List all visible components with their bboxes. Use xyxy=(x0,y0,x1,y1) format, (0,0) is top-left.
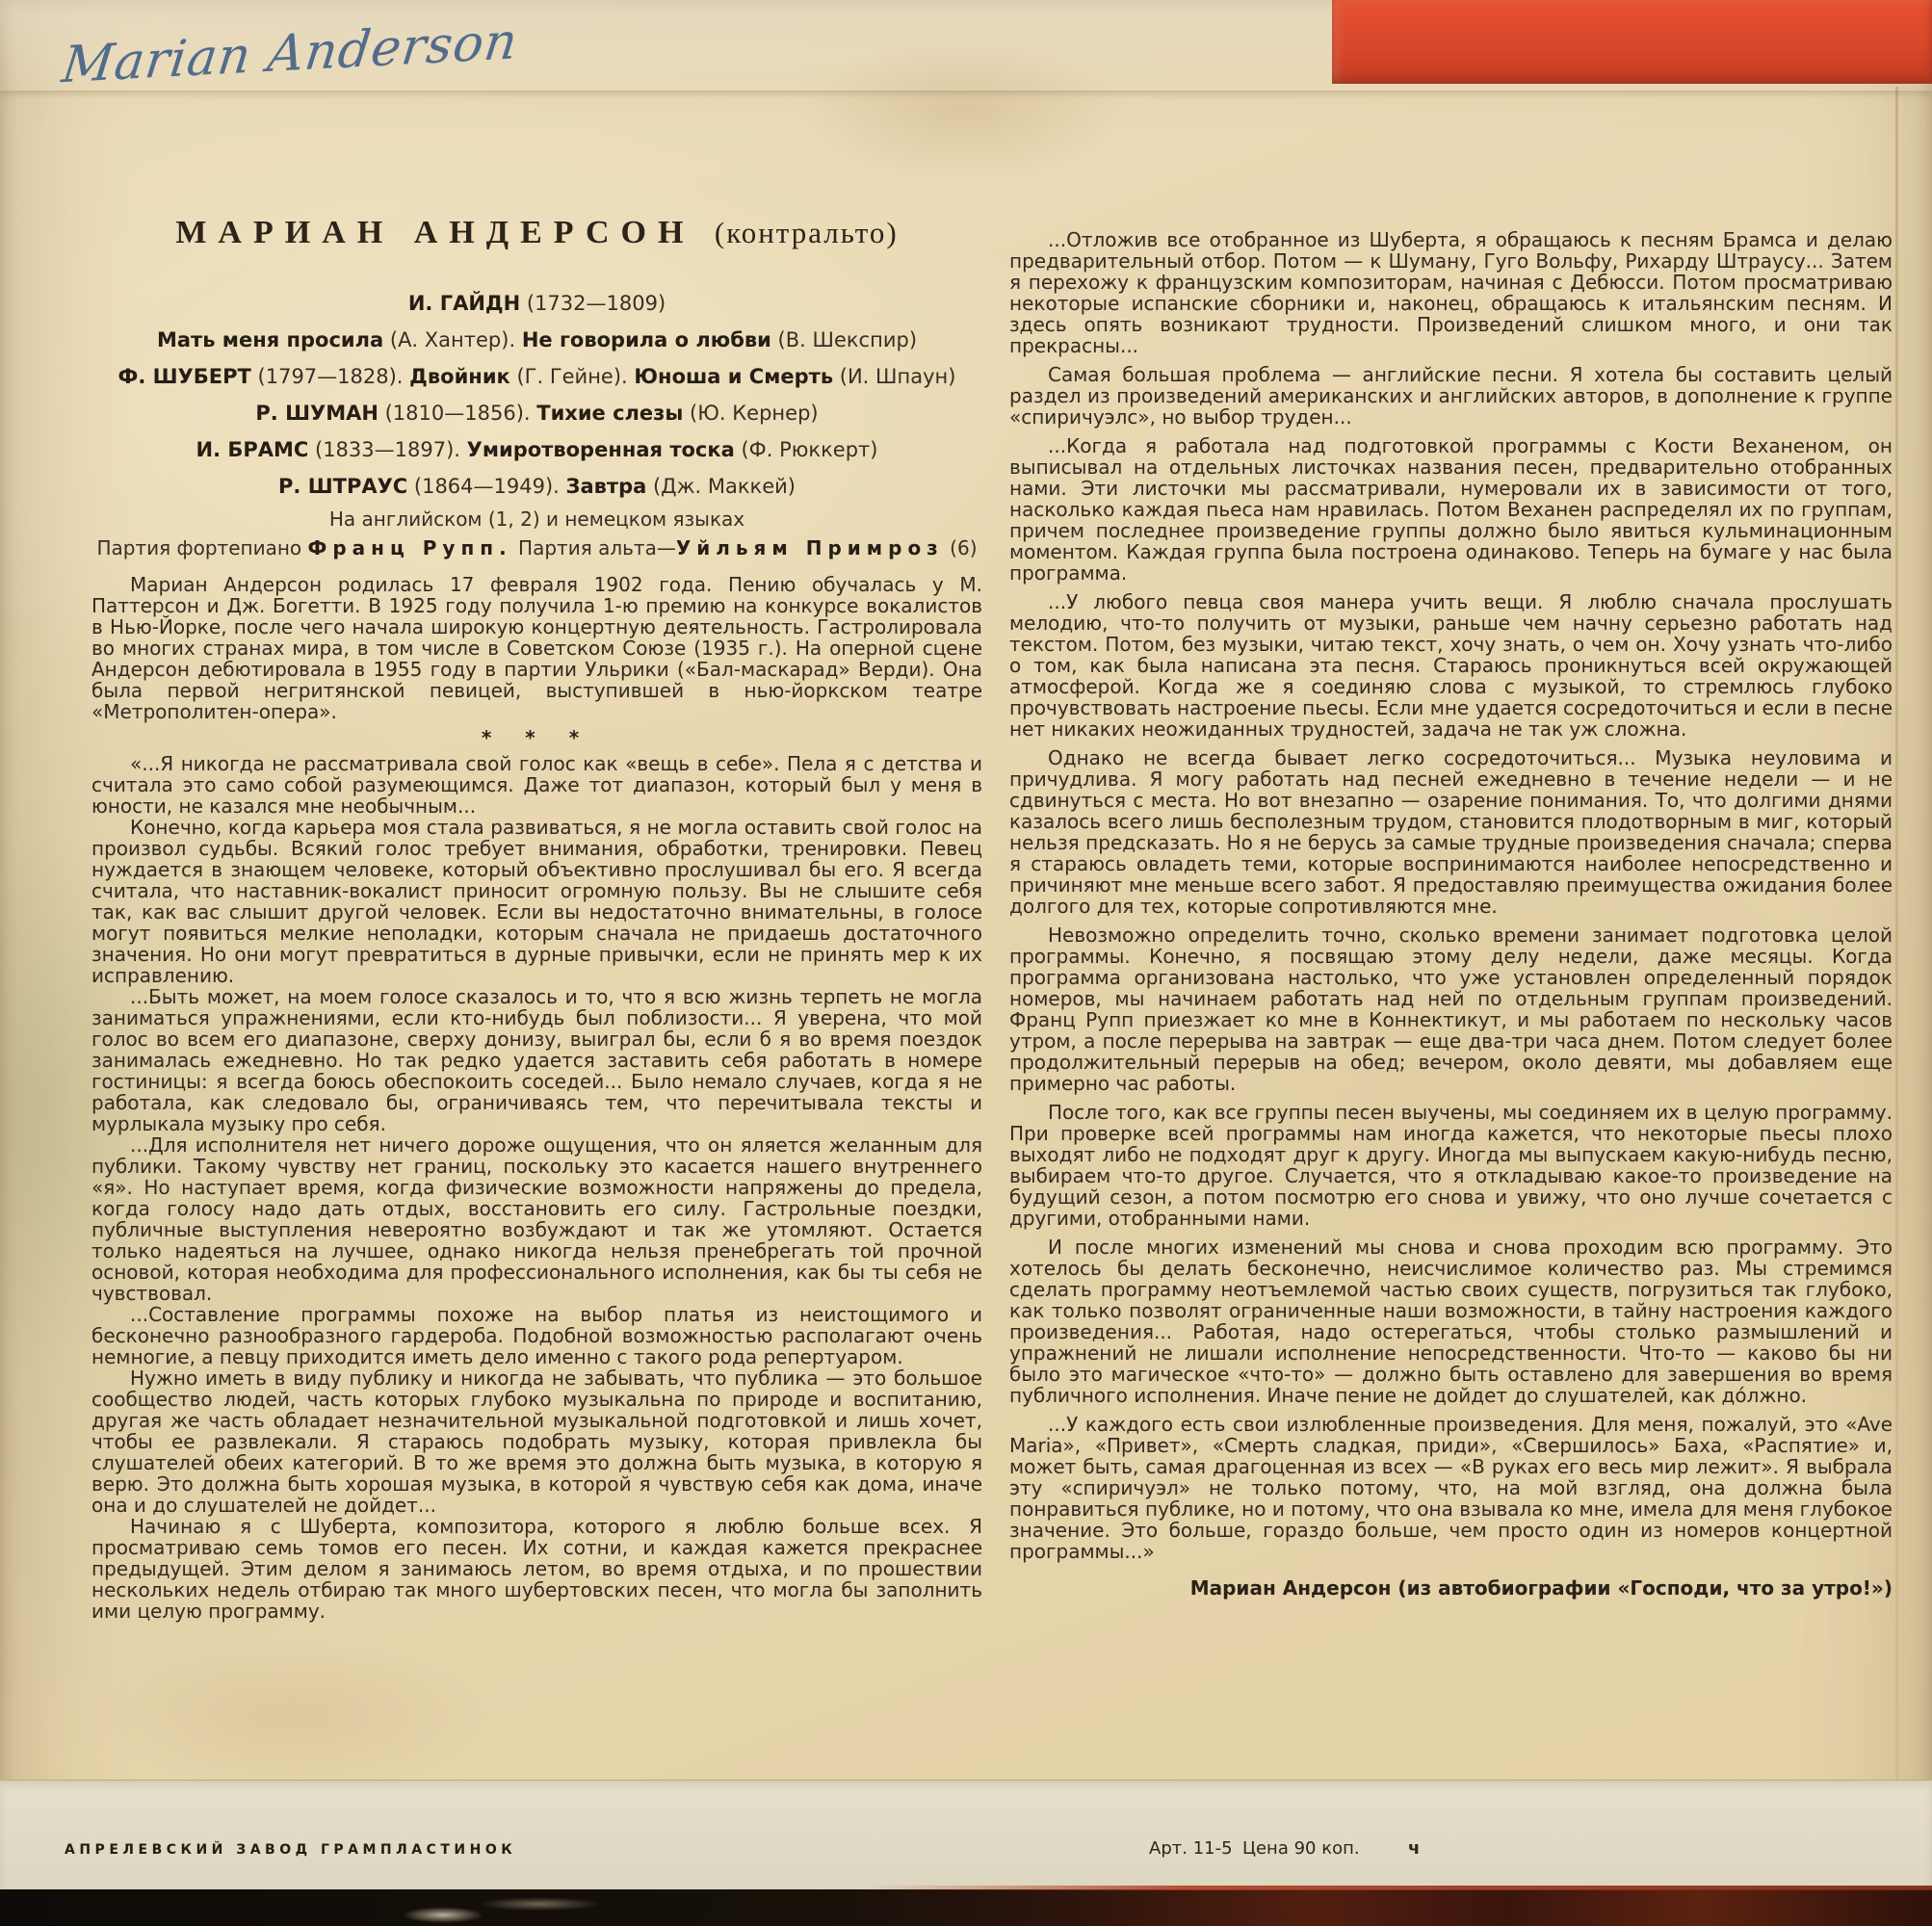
paragraph: Конечно, когда карьера моя стала развива… xyxy=(91,817,982,986)
program-line-schubert: Ф. ШУБЕРТ (1797—1828). Двойник (Г. Гейне… xyxy=(91,358,982,395)
price: Цена 90 коп. xyxy=(1242,1838,1360,1859)
right-column: ...Отложив все отобранное из Шуберта, я … xyxy=(1009,229,1893,1599)
footer: АПРЕЛЕВСКИЙ ЗАВОД ГРАМПЛАСТИНОК Арт. 11-… xyxy=(0,1780,1932,1890)
paragraph: Самая большая проблема — английские песн… xyxy=(1009,364,1893,428)
article-number: Арт. 11-5 xyxy=(1149,1838,1233,1859)
paragraph: И после многих изменений мы снова и снов… xyxy=(1009,1236,1893,1406)
attribution: Мариан Андерсон (из автобиографии «Госпо… xyxy=(1009,1577,1893,1599)
paragraph: ...Когда я работала над подготовкой прог… xyxy=(1009,435,1893,584)
sleeve-bottom-edge xyxy=(0,1889,1932,1926)
quote-paragraphs-left: «...Я никогда не рассматривала свой голо… xyxy=(91,753,982,1622)
program-line-brahms: И. БРАМС (1833—1897). Умиротворенная тос… xyxy=(91,431,982,468)
paper-stain xyxy=(87,1637,491,1791)
paragraph: ...Составление программы похоже на выбор… xyxy=(91,1304,982,1367)
program-line-accompanists: Партия фортепиано Франц Рупп. Партия аль… xyxy=(91,534,982,562)
page-title: МАРИАН АНДЕРСОН (контральто) xyxy=(91,214,982,252)
paragraph: ...Для исполнителя нет ничего дороже ощу… xyxy=(91,1134,982,1304)
paragraph: ...Быть может, на моем голосе сказалось … xyxy=(91,986,982,1134)
paragraph: ...Отложив все отобранное из Шуберта, я … xyxy=(1009,229,1893,356)
paragraph: Однако не всегда бывает легко сосредоточ… xyxy=(1009,747,1893,917)
paragraph: После того, как все группы песен выучены… xyxy=(1009,1102,1893,1229)
program-line-languages: На английском (1, 2) и немецком языках xyxy=(91,505,982,534)
program-line-schumann: Р. ШУМАН (1810—1856). Тихие слезы (Ю. Ке… xyxy=(91,395,982,431)
artist-name: МАРИАН АНДЕРСОН xyxy=(175,215,694,250)
voice-type: (контральто) xyxy=(715,216,899,249)
paragraph: Невозможно определить точно, сколько вре… xyxy=(1009,924,1893,1094)
program-list: И. ГАЙДН (1732—1809) Мать меня просила (… xyxy=(91,285,982,562)
biography-paragraph: Мариан Андерсон родилась 17 февраля 1902… xyxy=(91,574,982,722)
quote-paragraphs-right: ...Отложив все отобранное из Шуберта, я … xyxy=(1009,229,1893,1562)
record-sleeve-back: Marian Anderson МАРИАН АНДЕРСОН (контрал… xyxy=(0,0,1932,1926)
paragraph: «...Я никогда не рассматривала свой голо… xyxy=(91,753,982,817)
section-separator: * * * xyxy=(91,722,982,753)
left-column: МАРИАН АНДЕРСОН (контральто) И. ГАЙДН (1… xyxy=(91,214,982,1622)
crease-right-edge xyxy=(1895,87,1898,1782)
program-line-strauss: Р. ШТРАУС (1864—1949). Завтра (Дж. Макке… xyxy=(91,468,982,505)
paragraph: Начинаю я с Шуберта, композитора, которо… xyxy=(91,1516,982,1622)
paragraph: Нужно иметь в виду публику и никогда не … xyxy=(91,1367,982,1516)
paragraph: ...У каждого есть свои излюбленные произ… xyxy=(1009,1414,1893,1562)
red-cover-edge xyxy=(1332,0,1932,84)
biography-section: Мариан Андерсон родилась 17 февраля 1902… xyxy=(91,574,982,1622)
paragraph: ...У любого певца своя манера учить вещи… xyxy=(1009,591,1893,740)
print-mark: ч xyxy=(1408,1838,1420,1859)
program-line-haydn: И. ГАЙДН (1732—1809) xyxy=(91,285,982,322)
program-line-haydn-songs: Мать меня просила (А. Хантер). Не говори… xyxy=(91,322,982,358)
factory-name: АПРЕЛЕВСКИЙ ЗАВОД ГРАМПЛАСТИНОК xyxy=(65,1842,516,1858)
